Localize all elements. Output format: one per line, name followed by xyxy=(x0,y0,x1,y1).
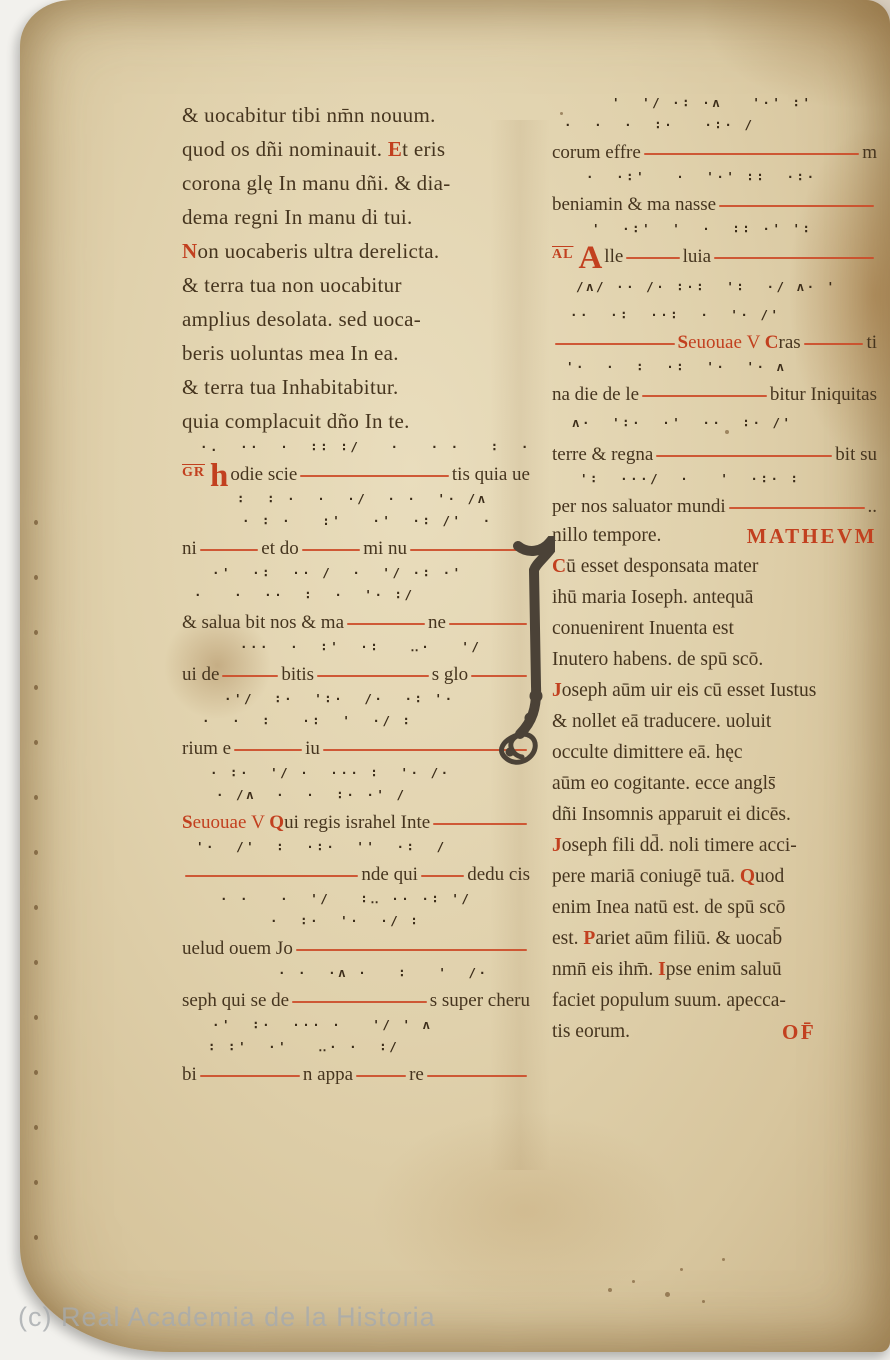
text-line: tis eorum.OF̄ xyxy=(552,1016,877,1047)
neume-row: ·' ∶· ··· · '/ ' ʌ xyxy=(182,1014,530,1036)
text-segment: dema regni In manu di tui. xyxy=(182,202,413,232)
text-segment: A xyxy=(578,246,602,270)
text-segment: oseph fili dd̄. noli timere acci- xyxy=(562,831,797,861)
text-segment: corona glę In manu dñi. & dia- xyxy=(182,168,451,198)
chant-line: na die de lebitur Iniquitas xyxy=(552,378,877,408)
chant-line: ui debitiss glo xyxy=(182,658,530,688)
copyright-watermark: (c) Real Academia de la Historia xyxy=(18,1302,436,1333)
text-segment: N xyxy=(182,236,197,266)
neume-row: · · · '/ ∶‥ ·· ·∶ '/ xyxy=(182,888,530,910)
chant-line: & salua bit nos & mane xyxy=(182,606,530,636)
text-segment: n appa xyxy=(303,1062,353,1088)
neume-row: ʌ· '∶· ·' ·· ∶· /' xyxy=(552,408,877,438)
text-segment: MATHEVM xyxy=(747,521,877,551)
left-text-column: & uocabitur tibi nm̄n nouum.quod os dñi … xyxy=(182,96,530,1088)
text-segment: odie scie xyxy=(230,462,297,488)
neume-row: ∶ ∶ · · ·/ · · '· /ʌ xyxy=(182,488,530,510)
text-segment: terre & regna xyxy=(552,442,653,468)
pricking-hole xyxy=(34,960,38,965)
text-segment: rium e xyxy=(182,736,231,762)
text-segment: nmn̄ eis ihm̄. xyxy=(552,955,658,985)
text-segment: na die de le xyxy=(552,382,639,408)
neume-row: ··· · ∶' ·∶ ‥· '/ xyxy=(182,636,530,658)
pricking-hole xyxy=(34,850,38,855)
text-segment: m xyxy=(862,140,877,166)
neume-row: ' '/ ·∶ ·ʌ '·' ∶' xyxy=(552,92,877,114)
text-segment: quod os dñi nominauit. xyxy=(182,134,388,164)
text-segment: iu xyxy=(305,736,320,762)
text-segment: GR xyxy=(182,460,205,486)
speck xyxy=(632,1280,635,1283)
chant-line: corum effrem xyxy=(552,136,877,166)
text-segment: pere mariā coniugē tuā. xyxy=(552,862,740,892)
melisma-extender-line xyxy=(296,949,527,952)
speck xyxy=(722,1258,725,1261)
neume-row: · ∶· '/ · ··· ∶ '· /· xyxy=(182,762,530,784)
text-segment: et do xyxy=(261,536,298,562)
text-segment: ui de xyxy=(182,662,219,688)
melisma-extender-line xyxy=(642,395,767,398)
neume-row: ∶ ∶' ·' ‥· · ∶/ xyxy=(182,1036,530,1058)
neume-row: ' ·∶' ' · ∶∶ ·' '∶ xyxy=(552,218,877,240)
text-segment: S xyxy=(182,810,193,836)
text-line: Joseph aūm uir eis cū esset Iustus xyxy=(552,675,877,706)
neume-row: · · · ∶· ·∶· / xyxy=(552,114,877,136)
text-segment: t eris xyxy=(402,134,445,164)
text-segment: V xyxy=(251,810,269,836)
text-segment: ū esset desponsata mater xyxy=(566,552,758,582)
text-line: nmn̄ eis ihm̄. Ipse enim saluū xyxy=(552,954,877,985)
melisma-extender-line xyxy=(421,875,464,878)
neume-row: '· /' ∶ ·∶· '' ·∶ / xyxy=(182,836,530,858)
chant-line: Seuouae V Crasti xyxy=(552,326,877,356)
text-segment: dedu cis xyxy=(467,862,530,888)
text-line: & nollet eā traducere. uoluit xyxy=(552,706,877,737)
speck xyxy=(608,1288,612,1292)
text-segment: S xyxy=(678,330,689,356)
text-segment: ihū maria Ioseph. antequā xyxy=(552,583,753,613)
text-line: Inutero habens. de spū scō. xyxy=(552,644,877,675)
neume-row: ·' ·∶ ·· / · '/ ·∶ ·' xyxy=(182,562,530,584)
text-segment: oseph aūm uir eis cū esset Iustus xyxy=(562,676,817,706)
text-segment: ui regis israhel Inte xyxy=(284,810,430,836)
melisma-extender-line xyxy=(347,623,425,626)
pricking-hole xyxy=(34,685,38,690)
melisma-extender-line xyxy=(356,1075,406,1078)
text-segment: euouae xyxy=(688,330,747,356)
pricking-hole xyxy=(34,740,38,745)
neume-row: '∶ ···/ · ' ·∶· ∶ xyxy=(552,468,877,490)
pricking-hole xyxy=(34,575,38,580)
melisma-extender-line xyxy=(200,549,258,552)
pricking-hole xyxy=(34,630,38,635)
text-line: nillo tempore.MATHEVM xyxy=(552,520,877,551)
text-line: beris uoluntas mea In ea. xyxy=(182,334,530,368)
text-line: Cū esset desponsata mater xyxy=(552,551,877,582)
parchment-page: & uocabitur tibi nm̄n nouum.quod os dñi … xyxy=(20,0,890,1352)
text-line: occulte dimittere eā. hęc xyxy=(552,737,877,768)
melisma-extender-line xyxy=(234,749,302,752)
text-line: Joseph fili dd̄. noli timere acci- xyxy=(552,830,877,861)
pricking-hole xyxy=(34,1015,38,1020)
text-line: & terra tua Inhabitabitur. xyxy=(182,368,530,402)
text-line: Non uocaberis ultra derelicta. xyxy=(182,232,530,266)
text-segment: nillo tempore. xyxy=(552,521,661,551)
chant-line: bin appare xyxy=(182,1058,530,1088)
text-segment: uelud ouem Jo xyxy=(182,936,293,962)
text-segment: J xyxy=(552,831,562,861)
pricking-hole xyxy=(34,1235,38,1240)
text-segment: seph qui se de xyxy=(182,988,289,1014)
text-segment: nde qui xyxy=(361,862,417,888)
text-segment: beris uoluntas mea In ea. xyxy=(182,338,399,368)
text-line: corona glę In manu dñi. & dia- xyxy=(182,164,530,198)
text-segment: I xyxy=(658,955,666,985)
text-segment: occulte dimittere eā. hęc xyxy=(552,738,743,768)
text-segment: faciet populum suum. apecca- xyxy=(552,986,786,1016)
text-line: & uocabitur tibi nm̄n nouum. xyxy=(182,96,530,130)
chant-line: nde quidedu cis xyxy=(182,858,530,888)
right-text-column: ' '/ ·∶ ·ʌ '·' ∶'· · · ∶· ·∶· /corum eff… xyxy=(552,92,877,1047)
text-line: amplius desolata. sed uoca- xyxy=(182,300,530,334)
text-line: ihū maria Ioseph. antequā xyxy=(552,582,877,613)
speck xyxy=(702,1300,705,1303)
text-segment: OF̄ xyxy=(782,1017,816,1047)
text-segment: & salua bit nos & ma xyxy=(182,610,344,636)
text-segment: bit su xyxy=(835,442,877,468)
neume-row: '· · ∶ ·∶ '· '· ʌ xyxy=(552,356,877,378)
neume-row: · /ʌ · · ∶· ·' / xyxy=(182,784,530,806)
chant-line: beniamin & ma nasse xyxy=(552,188,877,218)
pricking-hole xyxy=(34,1070,38,1075)
text-segment: lle xyxy=(604,244,623,270)
neume-row: ·· ·∶ ··∶ · '· /' xyxy=(552,304,877,326)
text-segment: luia xyxy=(683,244,712,270)
melisma-extender-line xyxy=(292,1001,427,1004)
melisma-extender-line xyxy=(200,1075,300,1078)
text-line: aūm eo cogitante. ecce angls̄ xyxy=(552,768,877,799)
text-segment: & nollet eā traducere. uoluit xyxy=(552,707,771,737)
text-segment: ariet aūm filiū. & uocab̄ xyxy=(595,924,782,954)
chant-line: terre & regnabit su xyxy=(552,438,877,468)
text-segment: on uocaberis ultra derelicta. xyxy=(197,236,439,266)
text-segment: corum effre xyxy=(552,140,641,166)
text-line: enim Inea natū est. de spū scō xyxy=(552,892,877,923)
text-segment: s glo xyxy=(432,662,468,688)
text-segment: Q xyxy=(269,810,284,836)
text-segment: & uocabitur tibi nm̄n nouum. xyxy=(182,100,436,130)
neume-row: ·'/ ∶· '∶· /· ·∶ '· xyxy=(182,688,530,710)
pricking-hole xyxy=(34,520,38,525)
neume-row: · ∶· '· ·/ ∶ xyxy=(182,910,530,932)
text-segment: P xyxy=(583,924,595,954)
text-segment: euouae xyxy=(193,810,252,836)
chant-line: Seuouae V Qui regis israhel Inte xyxy=(182,806,530,836)
text-line: dñi Insomnis apparuit ei dicēs. xyxy=(552,799,877,830)
melisma-extender-line xyxy=(222,675,278,678)
text-segment: & terra tua non uocabitur xyxy=(182,270,402,300)
text-line: & terra tua non uocabitur xyxy=(182,266,530,300)
speck xyxy=(665,1292,670,1297)
melisma-extender-line xyxy=(714,257,874,260)
text-line: dema regni In manu di tui. xyxy=(182,198,530,232)
neume-row: · · ·· ∶ · '· ∶/ xyxy=(182,584,530,606)
neume-row: /ʌ/ ·· /· ∶·∶ '∶ ·/ ʌ· ' xyxy=(552,270,877,304)
text-segment: uod xyxy=(755,862,784,892)
neume-row: ·. ·· · ∶∶ ∶/ · · · ∶ · xyxy=(182,436,530,458)
text-segment: amplius desolata. sed uoca- xyxy=(182,304,421,334)
pricking-hole xyxy=(34,905,38,910)
text-segment: V xyxy=(747,330,765,356)
text-segment: tis eorum. xyxy=(552,1017,630,1047)
melisma-extender-line xyxy=(300,475,449,478)
melisma-extender-line xyxy=(644,153,859,156)
melisma-extender-line xyxy=(302,549,360,552)
text-line: quia complacuit dño In te. xyxy=(182,402,530,436)
text-segment: quia complacuit dño In te. xyxy=(182,406,410,436)
text-line: conuenirent Inuenta est xyxy=(552,613,877,644)
text-segment: est. xyxy=(552,924,583,954)
chant-line: per nos saluator mundi.. xyxy=(552,490,877,520)
melisma-extender-line xyxy=(555,343,675,346)
text-segment: aūm eo cogitante. ecce angls̄ xyxy=(552,769,776,799)
text-segment: per nos saluator mundi xyxy=(552,494,726,520)
text-segment: E xyxy=(388,134,402,164)
melisma-extender-line xyxy=(804,343,864,346)
text-segment: tis quia ue xyxy=(452,462,530,488)
text-segment: .. xyxy=(868,494,878,520)
decorative-initial-i xyxy=(488,536,562,781)
chant-line: rium eiu xyxy=(182,732,530,762)
text-segment: h xyxy=(210,464,228,488)
text-line: pere mariā coniugē tuā. Quod xyxy=(552,861,877,892)
text-segment: ras xyxy=(779,330,801,356)
melisma-extender-line xyxy=(427,1075,527,1078)
text-segment: dñi Insomnis apparuit ei dicēs. xyxy=(552,800,791,830)
text-line: quod os dñi nominauit. Et eris xyxy=(182,130,530,164)
text-segment: AL xyxy=(552,242,573,268)
melisma-extender-line xyxy=(656,455,832,458)
text-line: est. Pariet aūm filiū. & uocab̄ xyxy=(552,923,877,954)
text-segment: conuenirent Inuenta est xyxy=(552,614,734,644)
neume-row: · · ∶ ·∶ ' ·/ ∶ xyxy=(182,710,530,732)
chant-line: niet domi nu xyxy=(182,532,530,562)
pricking-hole xyxy=(34,795,38,800)
pricking-hole xyxy=(34,1125,38,1130)
text-segment: enim Inea natū est. de spū scō xyxy=(552,893,785,923)
melisma-extender-line xyxy=(185,875,358,878)
text-segment: mi nu xyxy=(363,536,407,562)
chant-line: GRhodie scietis quia ue xyxy=(182,458,530,488)
text-segment: ne xyxy=(428,610,446,636)
chant-line: uelud ouem Jo xyxy=(182,932,530,962)
text-segment: C xyxy=(765,330,779,356)
text-segment: bitur Iniquitas xyxy=(770,382,877,408)
chant-line: ALAlleluia xyxy=(552,240,877,270)
text-segment: & terra tua Inhabitabitur. xyxy=(182,372,399,402)
text-segment: bi xyxy=(182,1062,197,1088)
text-segment: ni xyxy=(182,536,197,562)
speck xyxy=(680,1268,683,1271)
manuscript-photo: & uocabitur tibi nm̄n nouum.quod os dñi … xyxy=(0,0,890,1360)
chant-line: seph qui se des super cheru xyxy=(182,984,530,1014)
text-segment: Q xyxy=(740,862,755,892)
pricking-hole xyxy=(34,1180,38,1185)
neume-row: · · ·ʌ · ∶ ' /· xyxy=(182,962,530,984)
melisma-extender-line xyxy=(433,823,527,826)
melisma-extender-line xyxy=(729,507,865,510)
text-segment: re xyxy=(409,1062,424,1088)
neume-row: · ·∶' · '·' ∶∶ ·∶· xyxy=(552,166,877,188)
text-segment: Inutero habens. de spū scō. xyxy=(552,645,763,675)
melisma-extender-line xyxy=(626,257,679,260)
text-line: faciet populum suum. apecca- xyxy=(552,985,877,1016)
melisma-extender-line xyxy=(719,205,874,208)
neume-row: · ∶ · :' ·' ·∶ /' · xyxy=(182,510,530,532)
text-segment: beniamin & ma nasse xyxy=(552,192,716,218)
text-segment: pse enim saluū xyxy=(666,955,782,985)
text-segment: s super cheru xyxy=(430,988,530,1014)
melisma-extender-line xyxy=(317,675,429,678)
text-segment: bitis xyxy=(281,662,314,688)
text-segment: ti xyxy=(866,330,877,356)
